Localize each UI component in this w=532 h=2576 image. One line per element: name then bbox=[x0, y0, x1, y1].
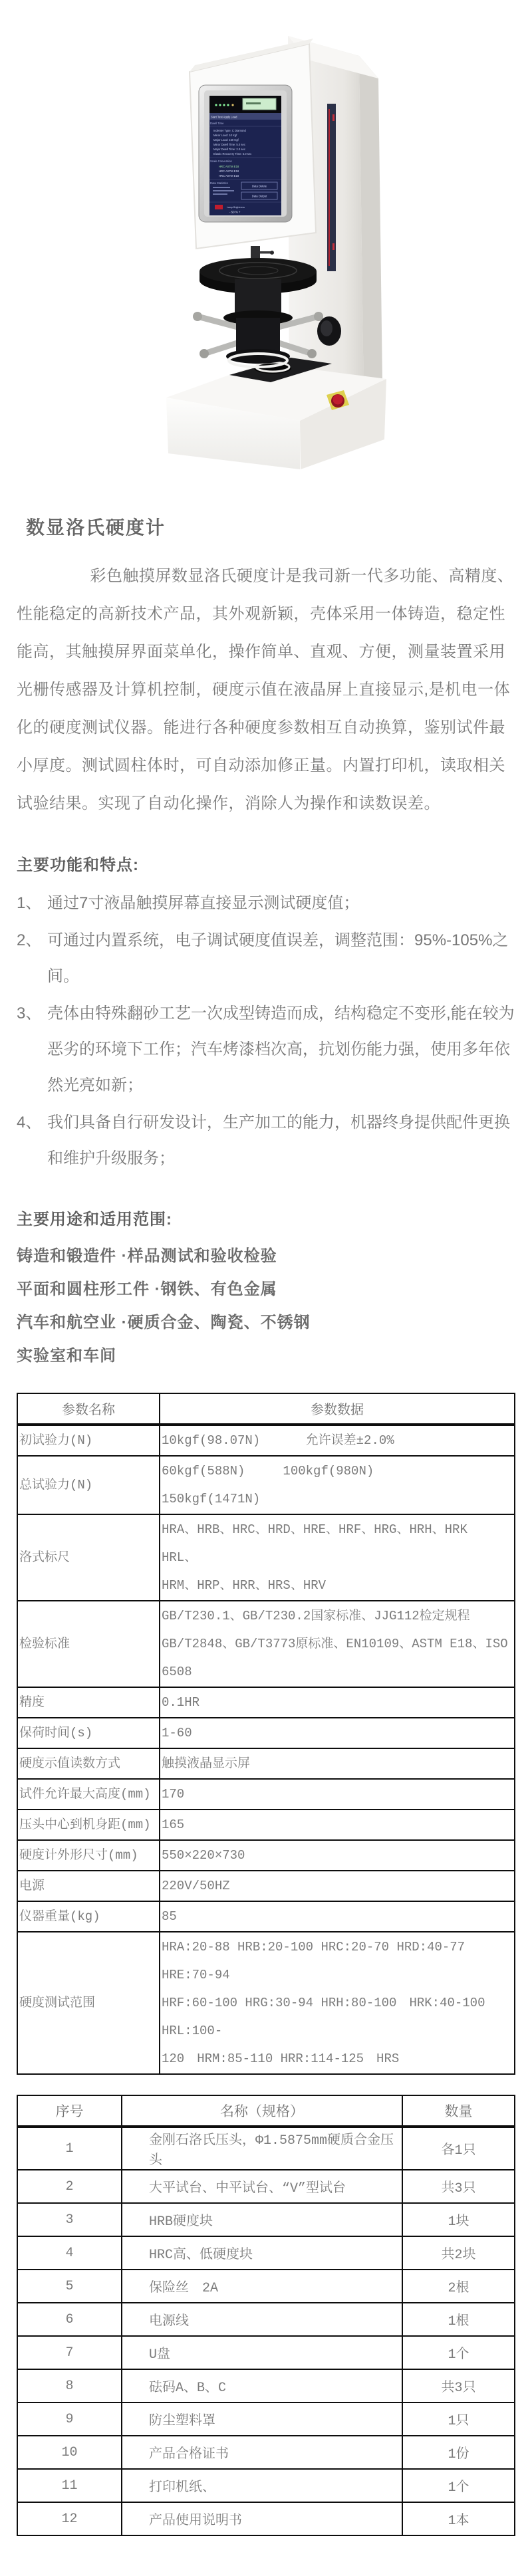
parts-row: 5保险丝 2A2根 bbox=[17, 2270, 515, 2303]
spec-row: 精度0.1HR bbox=[17, 1687, 515, 1718]
parts-no-cell: 11 bbox=[17, 2469, 122, 2502]
parts-name-cell: HRC高、低硬度块 bbox=[122, 2236, 402, 2270]
spec-label-cell: 洛式标尺 bbox=[17, 1514, 160, 1601]
parts-no-cell: 10 bbox=[17, 2436, 122, 2469]
parts-row: 9防尘塑料罩1只 bbox=[17, 2402, 515, 2436]
application-line: 汽车和航空业 ·硬质合金、陶瓷、不锈钢 bbox=[17, 1306, 515, 1340]
parts-row: 12产品使用说明书1本 bbox=[17, 2502, 515, 2535]
spec-label-cell: 硬度测试范围 bbox=[17, 1932, 160, 2074]
feature-item: 4、 我们具备自行研发设计，生产加工的能力，机器终身提供配件更换和维护升级服务； bbox=[17, 1105, 515, 1177]
spec-value-cell: HRA:20-88 HRB:20-100 HRC:20-70 HRD:40-77… bbox=[160, 1932, 515, 2074]
spec-row: 试件允许最大高度(mm)170 bbox=[17, 1779, 515, 1810]
svg-text:- 50 % +: - 50 % + bbox=[229, 211, 241, 214]
parts-no-cell: 7 bbox=[17, 2336, 122, 2369]
parts-no-cell: 5 bbox=[17, 2270, 122, 2303]
features-heading: 主要功能和特点: bbox=[17, 852, 515, 875]
feature-item: 1、 通过7寸液晶触摸屏幕直接显示测试硬度值； bbox=[17, 885, 515, 921]
feature-item: 2、 可通过内置系统，电子调试硬度值误差，调整范围：95%-105%之间。 bbox=[17, 923, 515, 995]
svg-text:Elastic Recovery Time: 5.0 s: Elastic Recovery Time: 5.0 sec bbox=[213, 152, 251, 156]
parts-no-cell: 4 bbox=[17, 2236, 122, 2270]
spec-label-cell: 总试验力(N) bbox=[17, 1456, 160, 1514]
spec-value-cell: 550×220×730 bbox=[160, 1840, 515, 1871]
product-content: 数显洛氏硬度计 彩色触摸屏数显洛氏硬度计是我司新一代多功能、高精度、性能稳定的高… bbox=[0, 513, 532, 2576]
parts-qty-cell: 2根 bbox=[402, 2270, 515, 2303]
spec-value-cell: 60kgf(588N) 100kgf(980N) 150kgf(1471N) bbox=[160, 1456, 515, 1514]
spec-header-data: 参数数据 bbox=[160, 1393, 515, 1425]
spec-label-cell: 仪器重量(kg) bbox=[17, 1901, 160, 1932]
feature-number: 1、 bbox=[17, 885, 47, 921]
spec-row: 初试验力(N)10kgf(98.07N) 允许误差±2.0% bbox=[17, 1425, 515, 1456]
spec-row: 仪器重量(kg)85 bbox=[17, 1901, 515, 1932]
parts-no-cell: 3 bbox=[17, 2203, 122, 2236]
parts-name-cell: 金刚石洛氏压头，Φ1.5875mm硬质合金压头 bbox=[122, 2127, 402, 2170]
feature-number: 4、 bbox=[17, 1105, 47, 1141]
parts-qty-cell: 1份 bbox=[402, 2436, 515, 2469]
svg-text:Major Dwell Time: 2.0 sec: Major Dwell Time: 2.0 sec bbox=[213, 148, 245, 151]
parts-header-qty: 数量 bbox=[402, 2095, 515, 2127]
feature-text: 通过7寸液晶触摸屏幕直接显示测试硬度值； bbox=[47, 885, 515, 921]
parts-row: 2大平试台、中平试台、“V”型试台共3只 bbox=[17, 2170, 515, 2203]
parts-qty-cell: 1本 bbox=[402, 2502, 515, 2535]
spec-label-cell: 硬度计外形尺寸(mm) bbox=[17, 1840, 160, 1871]
parts-name-cell: 保险丝 2A bbox=[122, 2270, 402, 2303]
spec-value-cell: 1-60 bbox=[160, 1718, 515, 1748]
feature-text: 壳体由特殊翻砂工艺一次成型铸造而成，结构稳定不变形,能在较为恶劣的环境下工作；汽… bbox=[47, 996, 515, 1104]
spec-row: 检验标准GB/T230.1、GB/T230.2国家标准、JJG112检定规程 G… bbox=[17, 1601, 515, 1687]
spec-row: 保荷时间(s)1-60 bbox=[17, 1718, 515, 1748]
spec-label-cell: 压头中心到机身距(mm) bbox=[17, 1810, 160, 1840]
parts-name-cell: 砝码A、B、C bbox=[122, 2369, 402, 2402]
spec-table: 参数名称 参数数据 初试验力(N)10kgf(98.07N) 允许误差±2.0%… bbox=[17, 1393, 515, 2075]
spec-value-cell: 85 bbox=[160, 1901, 515, 1932]
parts-name-cell: 产品使用说明书 bbox=[122, 2502, 402, 2535]
spec-row: 电源220V/50HZ bbox=[17, 1871, 515, 1901]
spec-value-cell: 170 bbox=[160, 1779, 515, 1810]
svg-text:Data Statistics: Data Statistics bbox=[210, 181, 228, 185]
parts-row: 11打印机纸、1个 bbox=[17, 2469, 515, 2502]
spec-label-cell: 保荷时间(s) bbox=[17, 1718, 160, 1748]
touchscreen: Start Test Apply Load Dwell Time Indente… bbox=[199, 85, 292, 222]
feature-number: 3、 bbox=[17, 996, 47, 1032]
svg-text:HRC ASTM E18: HRC ASTM E18 bbox=[219, 170, 239, 173]
product-image: Start Test Apply Load Dwell Time Indente… bbox=[0, 0, 532, 485]
spec-header-name: 参数名称 bbox=[17, 1393, 160, 1425]
screen-red-button bbox=[215, 205, 223, 209]
parts-header-row: 序号 名称（规格） 数量 bbox=[17, 2095, 515, 2127]
parts-name-cell: 大平试台、中平试台、“V”型试台 bbox=[122, 2170, 402, 2203]
spec-row: 硬度测试范围HRA:20-88 HRB:20-100 HRC:20-70 HRD… bbox=[17, 1932, 515, 2074]
svg-text:Dwell Time: Dwell Time bbox=[210, 122, 224, 125]
page-title: 数显洛氏硬度计 bbox=[26, 513, 515, 540]
parts-qty-cell: 各1只 bbox=[402, 2127, 515, 2170]
parts-qty-cell: 1个 bbox=[402, 2469, 515, 2502]
parts-name-cell: 打印机纸、 bbox=[122, 2469, 402, 2502]
spec-value-cell: 10kgf(98.07N) 允许误差±2.0% bbox=[160, 1425, 515, 1456]
spec-row: 总试验力(N)60kgf(588N) 100kgf(980N) 150kgf(1… bbox=[17, 1456, 515, 1514]
svg-text:HRC ASTM E18: HRC ASTM E18 bbox=[219, 165, 239, 168]
svg-text:HRC ASTM E18: HRC ASTM E18 bbox=[219, 174, 239, 177]
parts-qty-cell: 1块 bbox=[402, 2203, 515, 2236]
feature-text: 我们具备自行研发设计，生产加工的能力，机器终身提供配件更换和维护升级服务； bbox=[47, 1105, 515, 1177]
emergency-button bbox=[333, 395, 343, 405]
parts-no-cell: 8 bbox=[17, 2369, 122, 2402]
parts-name-cell: HRB硬度块 bbox=[122, 2203, 402, 2236]
spec-label-cell: 检验标准 bbox=[17, 1601, 160, 1687]
parts-qty-cell: 共3只 bbox=[402, 2369, 515, 2402]
feature-item: 3、 壳体由特殊翻砂工艺一次成型铸造而成，结构稳定不变形,能在较为恶劣的环境下工… bbox=[17, 996, 515, 1104]
spec-value-cell: 0.1HR bbox=[160, 1687, 515, 1718]
parts-name-cell: 产品合格证书 bbox=[122, 2436, 402, 2469]
parts-no-cell: 2 bbox=[17, 2170, 122, 2203]
svg-text:Minor Load: 10 Kgf: Minor Load: 10 Kgf bbox=[213, 134, 237, 137]
parts-row: 7U盘1个 bbox=[17, 2336, 515, 2369]
tower-decal bbox=[327, 104, 336, 271]
spec-row: 压头中心到机身距(mm)165 bbox=[17, 1810, 515, 1840]
parts-qty-cell: 1根 bbox=[402, 2303, 515, 2336]
spec-label-cell: 电源 bbox=[17, 1871, 160, 1901]
svg-text:Major Load: 150 Kgf: Major Load: 150 Kgf bbox=[213, 138, 239, 142]
applications-heading: 主要用途和适用范围: bbox=[17, 1206, 515, 1229]
application-line: 平面和圆柱形工件 ·钢铁、有色金属 bbox=[17, 1273, 515, 1306]
svg-text:Lamp Brightness: Lamp Brightness bbox=[227, 206, 245, 209]
parts-no-cell: 12 bbox=[17, 2502, 122, 2535]
parts-qty-cell: 共3只 bbox=[402, 2170, 515, 2203]
parts-qty-cell: 1只 bbox=[402, 2402, 515, 2436]
feature-number: 2、 bbox=[17, 923, 47, 959]
parts-header-name: 名称（规格） bbox=[122, 2095, 402, 2127]
svg-text:Data Output: Data Output bbox=[252, 195, 267, 198]
spec-row: 洛式标尺HRA、HRB、HRC、HRD、HRE、HRF、HRG、HRH、HRK … bbox=[17, 1514, 515, 1601]
spec-row: 硬度计外形尺寸(mm)550×220×730 bbox=[17, 1840, 515, 1871]
parts-row: 3HRB硬度块1块 bbox=[17, 2203, 515, 2236]
parts-header-no: 序号 bbox=[17, 2095, 122, 2127]
parts-table: 序号 名称（规格） 数量 1金刚石洛氏压头，Φ1.5875mm硬质合金压头各1只… bbox=[17, 2095, 515, 2536]
product-page: Start Test Apply Load Dwell Time Indente… bbox=[0, 0, 532, 2576]
parts-no-cell: 1 bbox=[17, 2127, 122, 2170]
spec-value-cell: 触摸液晶显示屏 bbox=[160, 1748, 515, 1779]
spec-row: 硬度示值读数方式触摸液晶显示屏 bbox=[17, 1748, 515, 1779]
parts-qty-cell: 1个 bbox=[402, 2336, 515, 2369]
parts-row: 6电源线1根 bbox=[17, 2303, 515, 2336]
parts-row: 1金刚石洛氏压头，Φ1.5875mm硬质合金压头各1只 bbox=[17, 2127, 515, 2170]
hardness-tester-illustration: Start Test Apply Load Dwell Time Indente… bbox=[130, 4, 402, 476]
spec-value-cell: 165 bbox=[160, 1810, 515, 1840]
application-line: 铸造和锻造件 ·样品测试和验收检验 bbox=[17, 1240, 515, 1273]
spec-value-cell: HRA、HRB、HRC、HRD、HRE、HRF、HRG、HRH、HRK HRL、… bbox=[160, 1514, 515, 1601]
parts-name-cell: 防尘塑料罩 bbox=[122, 2402, 402, 2436]
parts-name-cell: U盘 bbox=[122, 2336, 402, 2369]
spec-value-cell: 220V/50HZ bbox=[160, 1871, 515, 1901]
feature-text: 可通过内置系统，电子调试硬度值误差，调整范围：95%-105%之间。 bbox=[47, 923, 515, 995]
parts-row: 8砝码A、B、C共3只 bbox=[17, 2369, 515, 2402]
screen-menu-text: Start Test Apply Load bbox=[211, 116, 237, 119]
application-line: 实验室和车间 bbox=[17, 1340, 515, 1373]
parts-row: 4HRC高、低硬度块共2块 bbox=[17, 2236, 515, 2270]
parts-no-cell: 6 bbox=[17, 2303, 122, 2336]
svg-text:Indenter Type: C Diamond: Indenter Type: C Diamond bbox=[213, 129, 246, 132]
parts-qty-cell: 共2块 bbox=[402, 2236, 515, 2270]
intro-paragraph: 彩色触摸屏数显洛氏硬度计是我司新一代多功能、高精度、性能稳定的高新技术产品，其外… bbox=[17, 557, 515, 822]
parts-name-cell: 电源线 bbox=[122, 2303, 402, 2336]
spec-label-cell: 精度 bbox=[17, 1687, 160, 1718]
svg-text:Scale Conversion: Scale Conversion bbox=[210, 160, 232, 163]
spec-label-cell: 初试验力(N) bbox=[17, 1425, 160, 1456]
parts-no-cell: 9 bbox=[17, 2402, 122, 2436]
parts-row: 10产品合格证书1份 bbox=[17, 2436, 515, 2469]
svg-text:Minor Dwell Time: 5.0 sec: Minor Dwell Time: 5.0 sec bbox=[213, 143, 245, 146]
spec-value-cell: GB/T230.1、GB/T230.2国家标准、JJG112检定规程 GB/T2… bbox=[160, 1601, 515, 1687]
spec-label-cell: 试件允许最大高度(mm) bbox=[17, 1779, 160, 1810]
svg-text:Data Delete: Data Delete bbox=[252, 185, 267, 188]
spec-header-row: 参数名称 参数数据 bbox=[17, 1393, 515, 1425]
spec-label-cell: 硬度示值读数方式 bbox=[17, 1748, 160, 1779]
